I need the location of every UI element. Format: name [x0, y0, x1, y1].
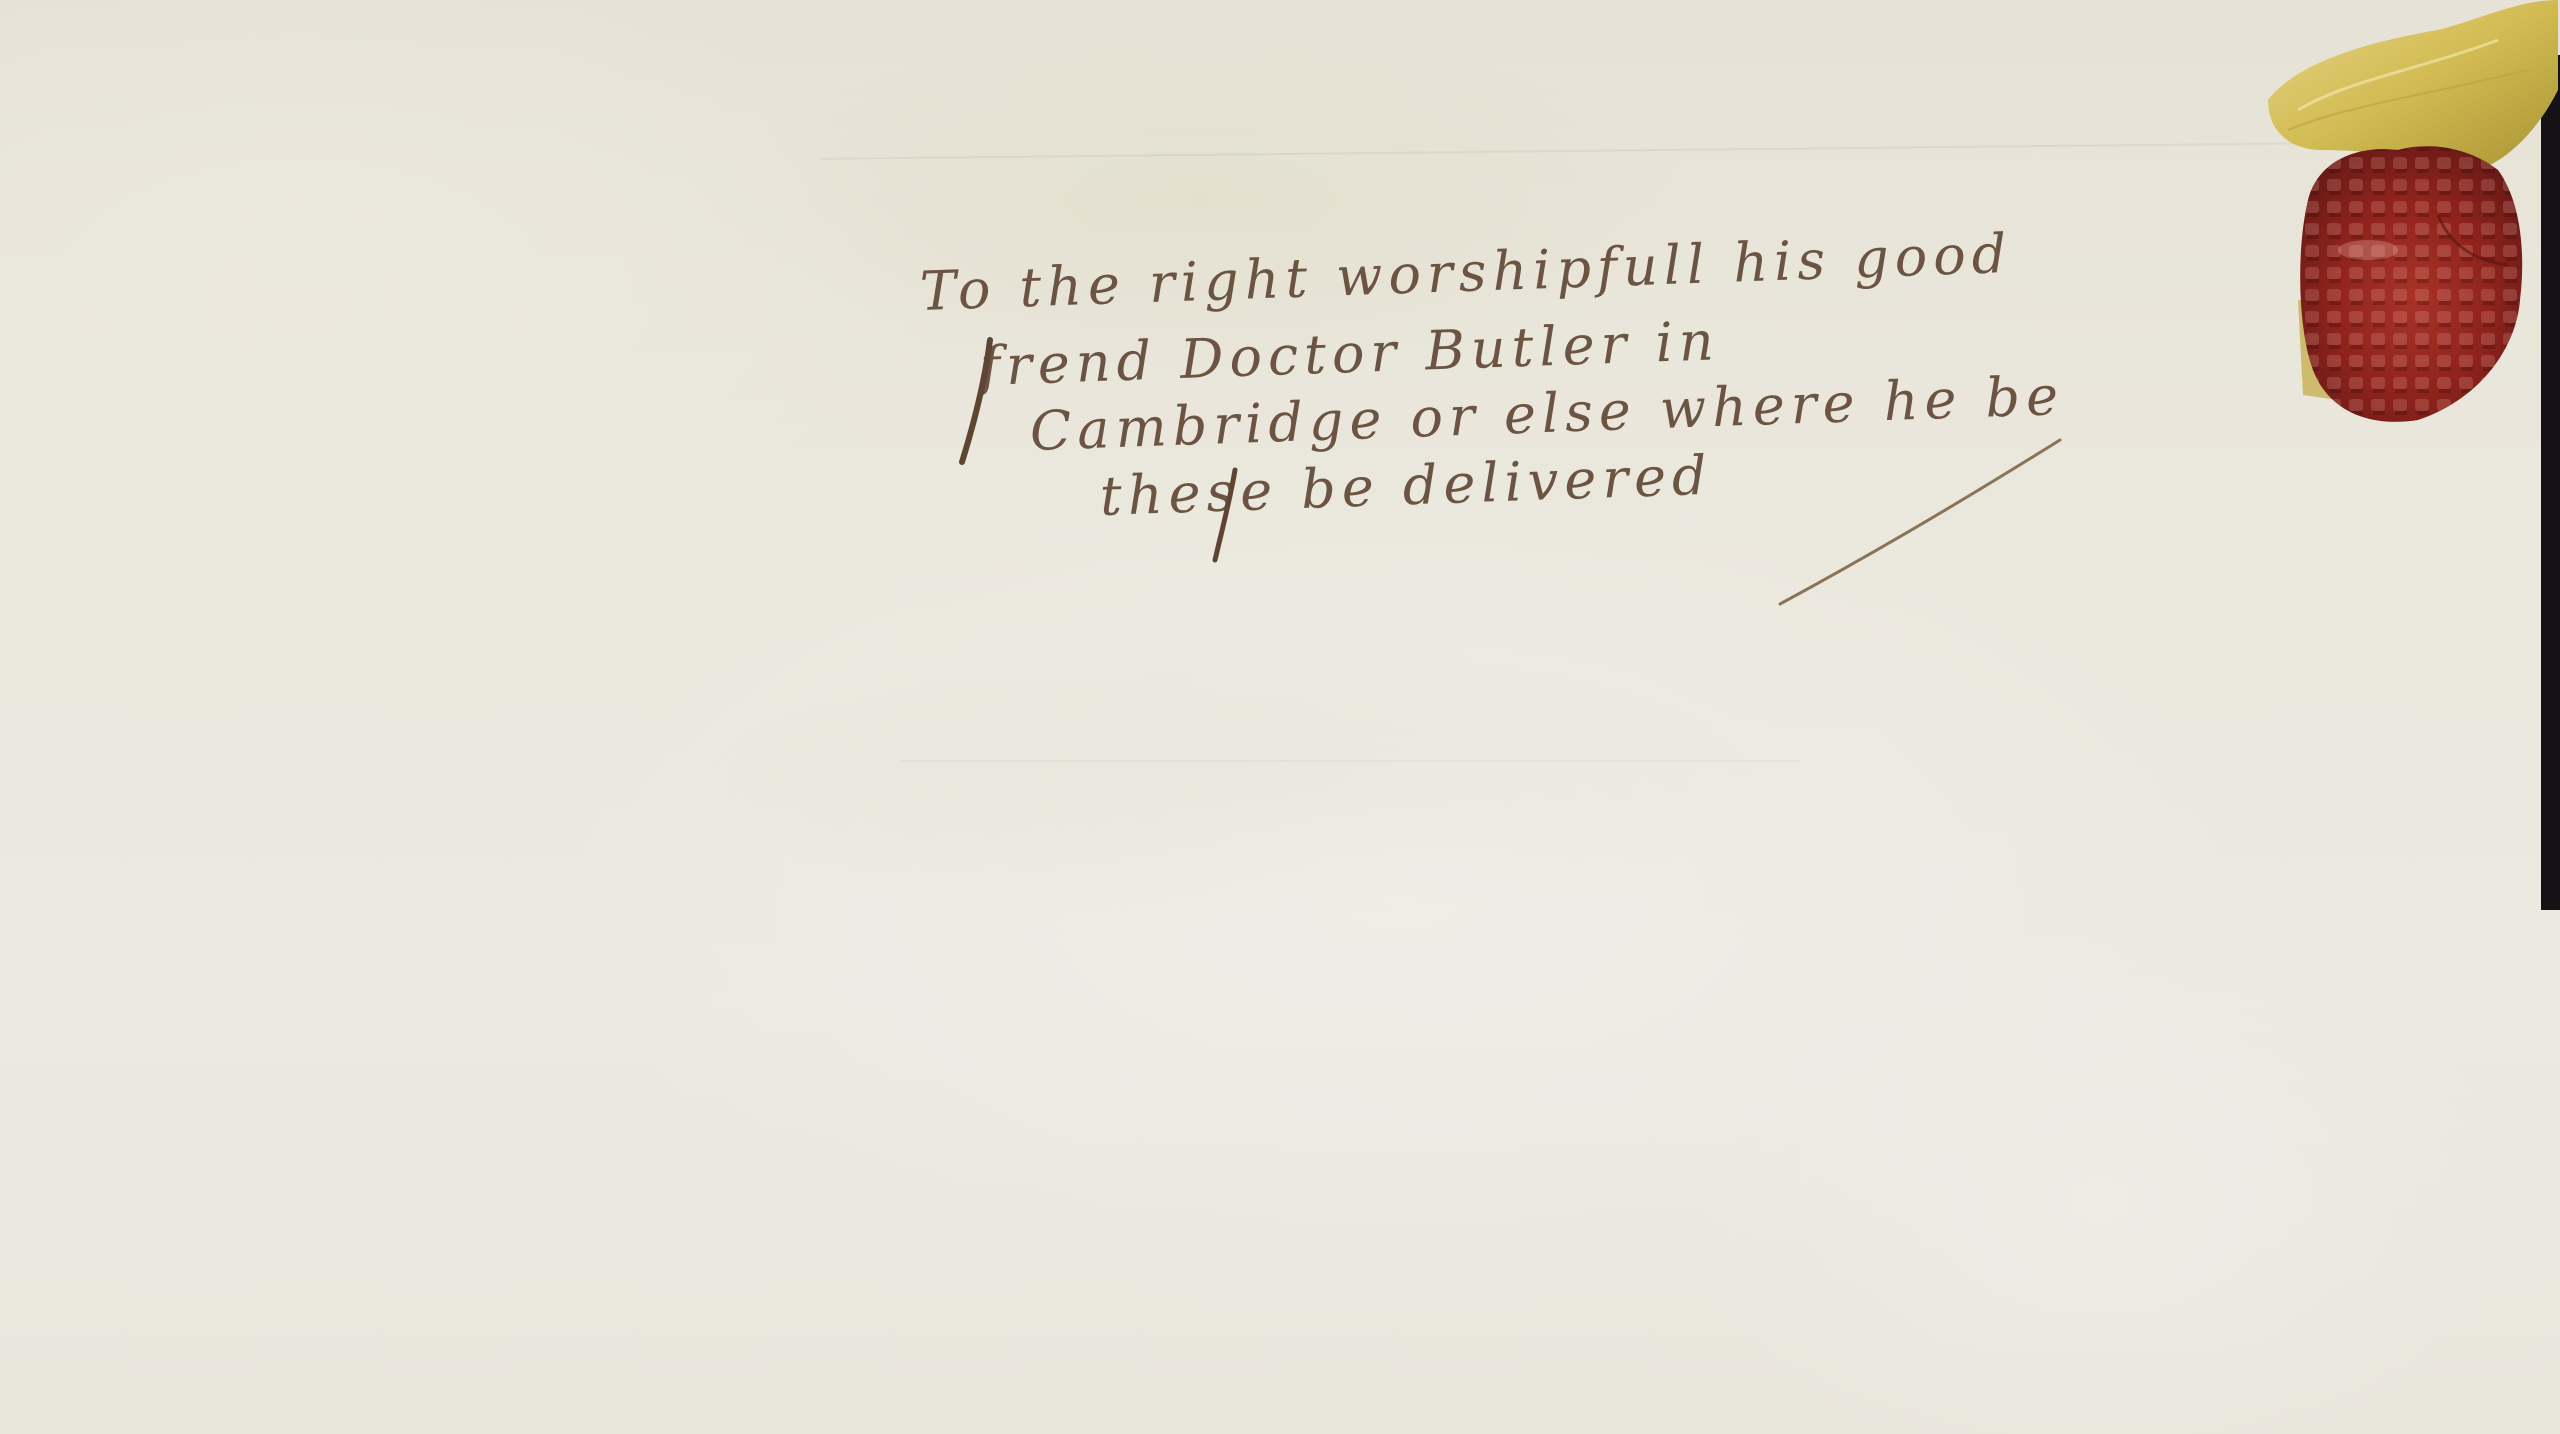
paper-background [0, 0, 2560, 1434]
seal-impression-pattern [2300, 146, 2522, 422]
silk-tie [2268, 0, 2558, 170]
paper-fold-line [900, 760, 1800, 762]
wax-seal [2258, 0, 2558, 440]
